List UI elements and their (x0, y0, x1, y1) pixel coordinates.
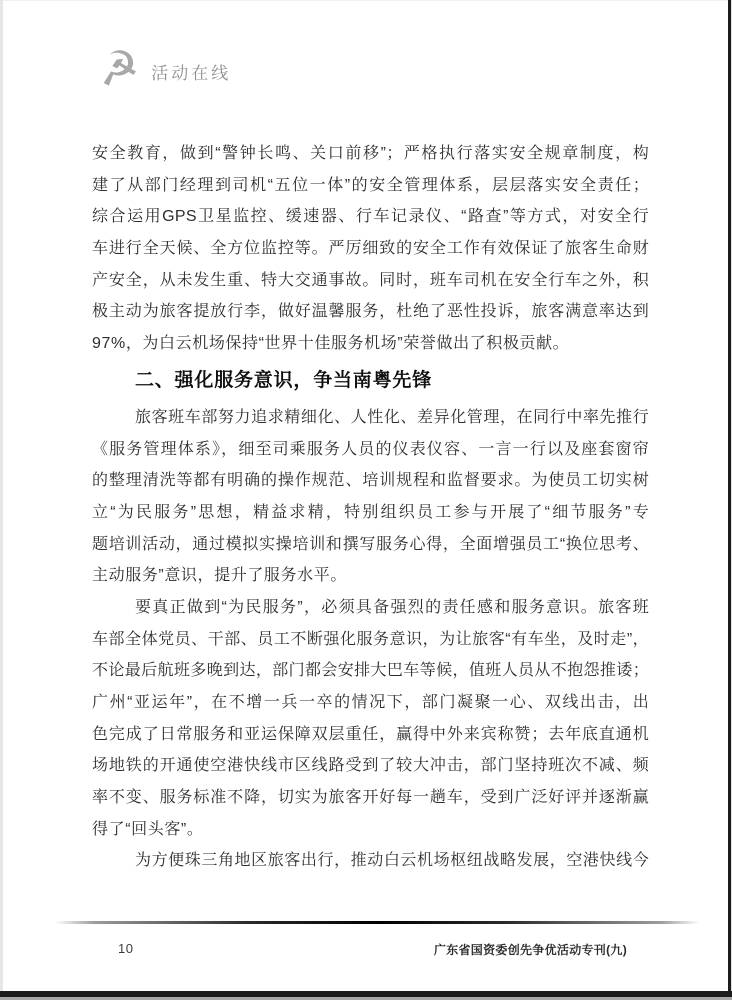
body-line: 率不变、服务标准不降，切实为旅客开好每一趟车，受到广泛好评并逐渐赢 (92, 782, 649, 814)
body-line: 色完成了日常服务和亚运保障双层重任，赢得中外来宾称赞；去年底直通机 (92, 719, 649, 751)
body-line: 为方便珠三角地区旅客出行，推动白云机场枢纽战略发展，空港快线今 (92, 845, 649, 877)
body-line: 立“为民服务”思想，精益求精，特别组织员工参与开展了“细节服务”专 (92, 497, 649, 529)
body-line: 《服务管理体系》，细至司乘服务人员的仪表仪容、一言一行以及座套窗帘 (92, 434, 649, 466)
body-line: 场地铁的开通使空港快线市区线路受到了较大冲击，部门坚持班次不减、频 (92, 750, 649, 782)
body-line: 97%，为白云机场保持“世界十佳服务机场”荣誉做出了积极贡献。 (92, 328, 649, 360)
page-header: ☭ 活动在线 (98, 38, 231, 98)
body-line: 题培训活动，通过模拟实操培训和撰写服务心得，全面增强员工“换位思考、 (92, 529, 649, 561)
body-line: 车部全体党员、干部、员工不断强化服务意识，为让旅客“有车坐，及时走”， (92, 624, 649, 656)
header-brand-text: 活动在线 (151, 53, 231, 84)
footer-divider (55, 921, 700, 924)
article-body: 安全教育，做到“警钟长鸣、关口前移”；严格执行落实安全规章制度，构 建了从部门经… (92, 138, 649, 877)
page-number: 10 (118, 941, 133, 956)
body-line: 建了从部门经理到司机“五位一体”的安全管理体系，层层落实安全责任； (92, 170, 649, 202)
body-line: 产安全，从未发生重、特大交通事故。同时，班车司机在安全行车之外，积 (92, 265, 649, 297)
body-line: 的整理清洗等都有明确的操作规范、培训规程和监督要求。为使员工切实树 (92, 465, 649, 497)
body-line: 主动服务”意识，提升了服务水平。 (92, 560, 649, 592)
body-line: 得了“回头客”。 (92, 814, 649, 846)
scan-edge-left (0, 0, 3, 1000)
journal-title: 广东省国资委创先争优活动专刊(九) (434, 941, 627, 958)
body-line: 广州“亚运年”，在不增一兵一卒的情况下，部门凝聚一心、双线出击，出 (92, 687, 649, 719)
body-line: 安全教育，做到“警钟长鸣、关口前移”；严格执行落实安全规章制度，构 (92, 138, 649, 170)
body-line: 极主动为旅客提放行李，做好温馨服务，杜绝了恶性投诉，旅客满意率达到 (92, 296, 649, 328)
body-line: 不论最后航班多晚到达，部门都会安排大巴车等候，值班人员从不抱怨推诿； (92, 655, 649, 687)
body-line: 综合运用GPS卫星监控、缓速器、行车记录仪、“路查”等方式，对安全行 (92, 201, 649, 233)
scan-edge-top (0, 0, 732, 1)
scanned-document-page: ☭ 活动在线 安全教育，做到“警钟长鸣、关口前移”；严格执行落实安全规章制度，构… (0, 0, 732, 1000)
body-line: 车进行全天候、全方位监控等。严厉细致的安全工作有效保证了旅客生命财 (92, 233, 649, 265)
body-line: 要真正做到“为民服务”，必须具备强烈的责任感和服务意识。旅客班 (92, 592, 649, 624)
body-line: 旅客班车部努力追求精细化、人性化、差异化管理，在同行中率先推行 (92, 402, 649, 434)
party-emblem-icon: ☭ (95, 42, 142, 93)
section-heading: 二、强化服务意识，争当南粤先锋 (92, 360, 649, 402)
